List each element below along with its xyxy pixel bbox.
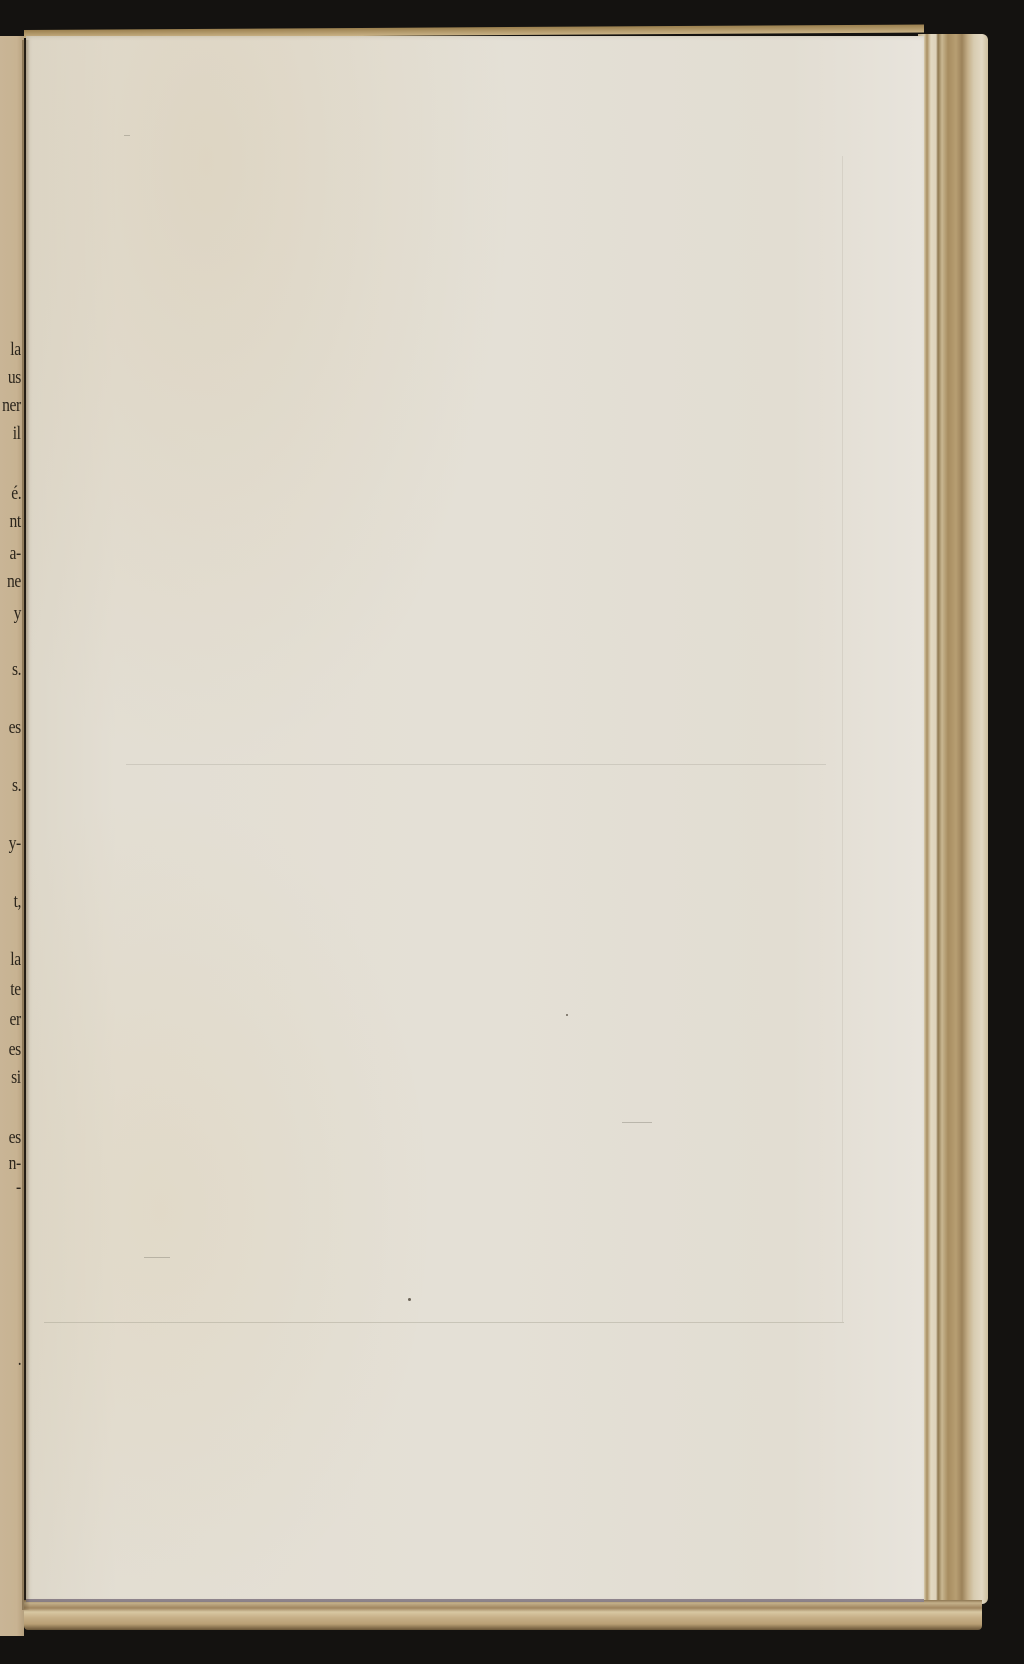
left-text-fragment: us: [8, 368, 21, 387]
plate-mark-horizontal: [44, 1322, 844, 1323]
left-text-fragment: y-: [9, 834, 21, 853]
left-text-fragment: ner: [2, 396, 21, 415]
left-text-fragment: é.: [11, 484, 21, 503]
left-text-fragment: a-: [10, 544, 21, 563]
faint-offset-line: [126, 764, 826, 765]
left-text-fragment: si: [11, 1068, 21, 1087]
left-text-fragment: er: [10, 1010, 21, 1029]
paper-mark: [124, 135, 130, 136]
left-text-fragment: y: [14, 604, 21, 623]
left-text-fragment: .: [18, 1350, 21, 1369]
left-text-fragment: la: [11, 340, 21, 359]
left-text-fragment: ne: [7, 572, 21, 591]
left-text-fragment: n-: [9, 1154, 21, 1173]
paper-mark: [622, 1122, 652, 1123]
left-text-fragment: s.: [12, 660, 21, 679]
gutter-shadow: [22, 40, 30, 1610]
paper-speck: [566, 1014, 568, 1016]
left-text-fragment: es: [9, 718, 21, 737]
left-text-fragment: la: [11, 950, 21, 969]
left-text-fragment: il: [13, 424, 21, 443]
left-text-fragment: es: [9, 1128, 21, 1147]
plate-mark-vertical: [842, 156, 843, 1322]
left-facing-page: la us ner il é. nt a- ne y s. es s. y- t…: [0, 36, 24, 1636]
left-text-fragment: -: [16, 1178, 21, 1197]
left-text-fragment: te: [11, 980, 21, 999]
stacked-page-edges: [918, 34, 988, 1604]
blank-right-page: [26, 36, 924, 1602]
page-bottom-edge: [26, 1599, 924, 1602]
paper-mark: [144, 1257, 170, 1258]
left-text-fragment: t,: [14, 892, 21, 911]
paper-speck: [408, 1298, 411, 1301]
left-text-fragment: s.: [12, 776, 21, 795]
left-text-fragment: es: [9, 1040, 21, 1059]
bottom-page-edges: [24, 1600, 982, 1630]
left-text-fragment: nt: [10, 512, 21, 531]
